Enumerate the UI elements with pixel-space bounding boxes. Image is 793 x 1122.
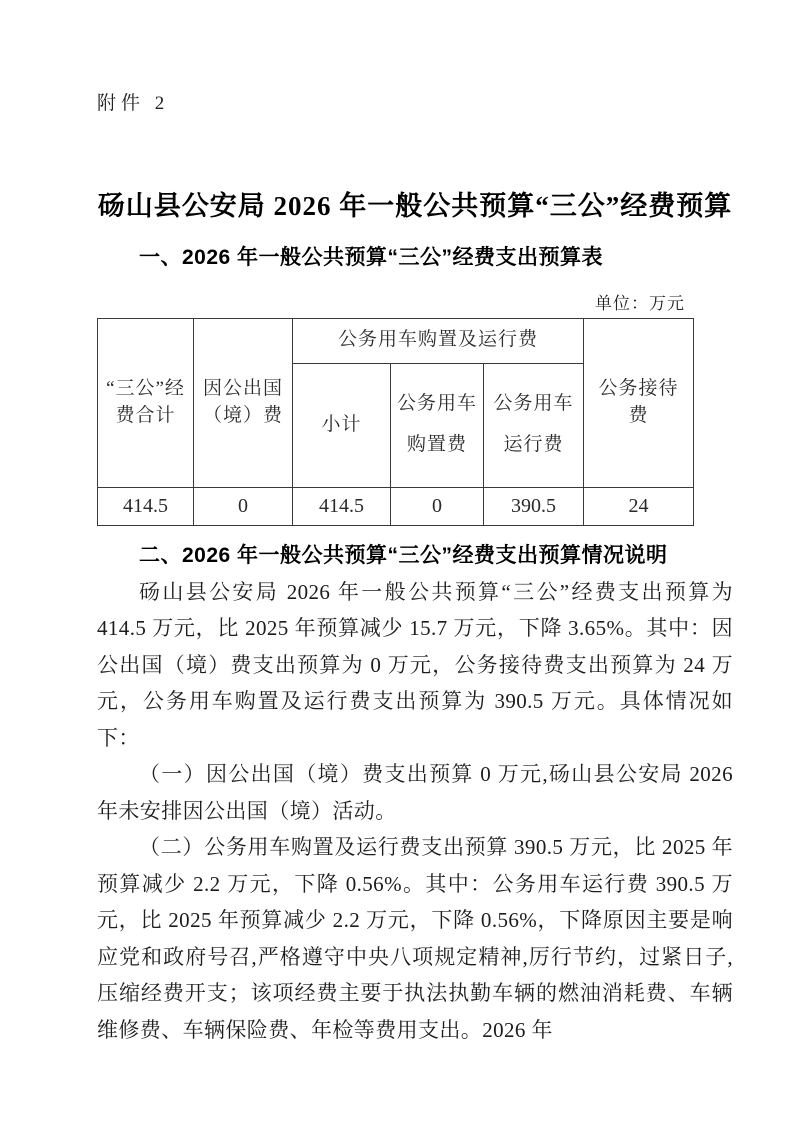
- document-title: 砀山县公安局 2026 年一般公共预算“三公”经费预算: [97, 184, 733, 223]
- value-vehicle-purchase: 0: [391, 487, 484, 525]
- attachment-label: 附件 2: [97, 88, 733, 115]
- budget-table-wrapper: “三公”经费合计 因公出国（境）费 公务用车购置及运行费 公务接待费 小计 公务…: [97, 318, 693, 526]
- table-row: 414.5 0 414.5 0 390.5 24: [98, 487, 694, 525]
- paragraph-intro: 砀山县公安局 2026 年一般公共预算“三公”经费支出预算为 414.5 万元，…: [97, 574, 733, 757]
- col-header-reception: 公务接待费: [584, 318, 694, 487]
- col-header-vehicle-operation: 公务用车运行费: [484, 363, 584, 487]
- value-reception: 24: [584, 487, 694, 525]
- value-total: 414.5: [98, 487, 194, 525]
- budget-table: “三公”经费合计 因公出国（境）费 公务用车购置及运行费 公务接待费 小计 公务…: [97, 318, 694, 526]
- col-header-total: “三公”经费合计: [98, 318, 194, 487]
- document-page: 附件 2 砀山县公安局 2026 年一般公共预算“三公”经费预算 一、2026 …: [0, 0, 793, 1122]
- section-2-heading: 二、2026 年一般公共预算“三公”经费支出预算情况说明: [97, 539, 733, 569]
- col-header-vehicle-purchase: 公务用车购置费: [391, 363, 484, 487]
- paragraph-item-2: （二）公务用车购置及运行费支出预算 390.5 万元，比 2025 年预算减少 …: [97, 829, 733, 1048]
- value-abroad: 0: [194, 487, 293, 525]
- paragraph-item-1: （一）因公出国（境）费支出预算 0 万元,砀山县公安局 2026 年未安排因公出…: [97, 756, 733, 829]
- value-vehicle-operation: 390.5: [484, 487, 584, 525]
- col-header-abroad: 因公出国（境）费: [194, 318, 293, 487]
- section-1-heading: 一、2026 年一般公共预算“三公”经费支出预算表: [97, 241, 733, 271]
- col-header-vehicle-group: 公务用车购置及运行费: [293, 318, 584, 363]
- value-vehicle-subtotal: 414.5: [293, 487, 391, 525]
- unit-note: 单位：万元: [97, 289, 693, 314]
- col-header-vehicle-subtotal: 小计: [293, 363, 391, 487]
